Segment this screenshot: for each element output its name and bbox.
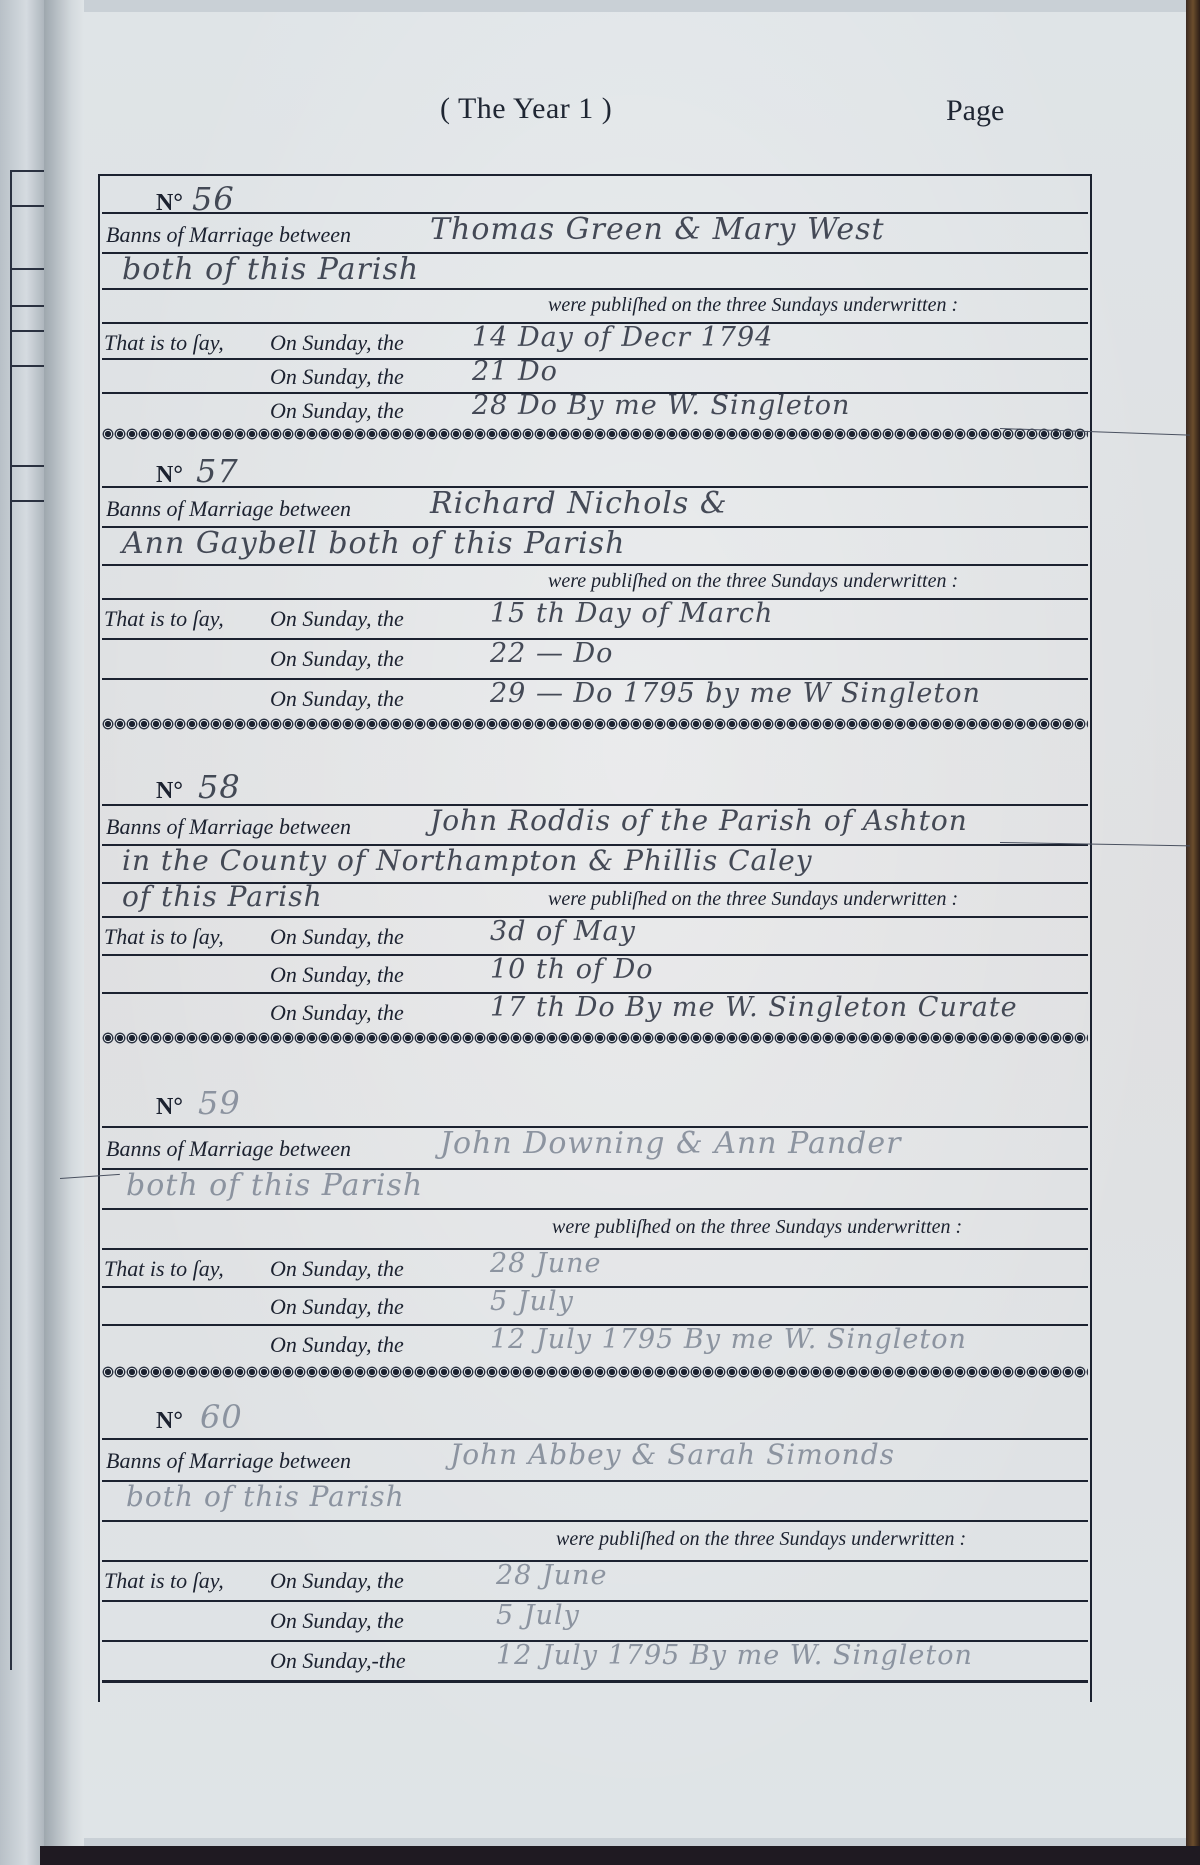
rule — [102, 564, 1088, 566]
sunday-label-2: On Sunday, the — [270, 1294, 404, 1320]
sunday-date-3: 29 — Do 1795 by me W Singleton — [490, 678, 981, 709]
sunday-label-3: On Sunday, the — [270, 1332, 404, 1358]
running-head-year: ( The Year 1 ) — [440, 92, 612, 126]
sunday-date-2: 5 July — [496, 1600, 580, 1631]
rule — [102, 1600, 1088, 1602]
facing-page-rule — [10, 205, 44, 207]
sunday-label-3: On Sunday, the — [270, 1000, 404, 1026]
register-bottom-rule — [102, 1680, 1088, 1683]
sunday-label-3: On Sunday, the — [270, 686, 404, 712]
sunday-label-2: On Sunday, the — [270, 364, 404, 390]
rosette-divider — [102, 718, 1088, 730]
sunday-date-3: 17 th Do By me W. Singleton Curate — [490, 992, 1018, 1023]
sunday-label-2: On Sunday, the — [270, 646, 404, 672]
sunday-date-3: 28 Do By me W. Singleton — [472, 390, 850, 421]
facing-page-edge — [0, 0, 45, 1865]
facing-page-rule — [10, 170, 44, 172]
facing-page-rule — [10, 365, 44, 367]
published-label: were publiſhed on the three Sundays unde… — [552, 1216, 962, 1239]
facing-page-rule — [10, 330, 44, 332]
book-edge-right — [1186, 0, 1200, 1865]
sunday-date-1: 28 June — [490, 1248, 602, 1279]
entry-number: 57 — [196, 452, 239, 490]
banns-label: Banns of Marriage between — [106, 1448, 351, 1474]
sunday-label-1: On Sunday, the — [270, 924, 404, 950]
entry-number-label: N° — [156, 778, 183, 805]
book-edge-bottom — [40, 1846, 1200, 1865]
parties-line-2: in the County of Northampton & Phillis C… — [122, 844, 813, 877]
facing-page-frame-line — [10, 170, 12, 1670]
parties-line-3: of this Parish — [122, 880, 323, 913]
parties-line-2: both of this Parish — [126, 1480, 405, 1513]
rule — [102, 288, 1088, 290]
sunday-date-3: 12 July 1795 By me W. Singleton — [490, 1324, 967, 1355]
rule — [102, 1520, 1088, 1522]
sunday-label-1: On Sunday, the — [270, 1568, 404, 1594]
sunday-date-2: 5 July — [490, 1286, 574, 1317]
facing-page-rule — [10, 268, 44, 270]
parties-line-2: Ann Gaybell both of this Parish — [122, 526, 626, 561]
entry-number-label: N° — [156, 1408, 183, 1435]
that-is-label: That is to ſay, — [104, 330, 224, 356]
sunday-date-3: 12 July 1795 By me W. Singleton — [496, 1640, 973, 1671]
entry-number-label: N° — [156, 1094, 183, 1121]
sunday-date-1: 14 Day of Decr 1794 — [472, 322, 773, 353]
sunday-date-1: 3d of May — [490, 916, 636, 947]
rule — [102, 358, 1088, 360]
that-is-label: That is to ſay, — [104, 924, 224, 950]
sunday-label-1: On Sunday, the — [270, 330, 404, 356]
published-label: were publiſhed on the three Sundays unde… — [556, 1528, 966, 1551]
rule — [102, 1208, 1088, 1210]
rosette-divider — [102, 1366, 1088, 1378]
rosette-divider — [102, 1032, 1088, 1044]
sunday-date-2: 21 Do — [472, 356, 558, 387]
facing-page-rule — [10, 305, 44, 307]
banns-label: Banns of Marriage between — [106, 1136, 351, 1162]
entry-number: 58 — [198, 768, 241, 806]
published-label: were publiſhed on the three Sundays unde… — [548, 888, 958, 911]
sunday-label-2: On Sunday, the — [270, 1608, 404, 1634]
parties-line-1: John Roddis of the Parish of Ashton — [430, 804, 968, 837]
parties-line-2: both of this Parish — [126, 1168, 423, 1203]
book-gutter — [44, 0, 84, 1865]
facing-page-rule — [10, 500, 44, 502]
parties-line-2: both of this Parish — [122, 252, 419, 287]
sunday-label-1: On Sunday, the — [270, 606, 404, 632]
sunday-label-3: On Sunday, the — [270, 398, 404, 424]
entry-number: 60 — [200, 1398, 243, 1436]
sunday-label-3: On Sunday,-the — [270, 1648, 406, 1674]
entry-number: 59 — [198, 1084, 241, 1122]
banns-label: Banns of Marriage between — [106, 814, 351, 840]
published-label: were publiſhed on the three Sundays unde… — [548, 570, 958, 593]
parties-line-1: John Abbey & Sarah Simonds — [450, 1438, 895, 1471]
sunday-date-1: 28 June — [496, 1560, 608, 1591]
entry-number-label: N° — [156, 462, 183, 489]
banns-label: Banns of Marriage between — [106, 222, 351, 248]
sunday-label-2: On Sunday, the — [270, 962, 404, 988]
parties-line-1: Richard Nichols & — [430, 486, 728, 521]
parties-line-1: Thomas Green & Mary West — [430, 212, 885, 247]
sunday-date-1: 15 th Day of March — [490, 598, 773, 629]
banns-label: Banns of Marriage between — [106, 496, 351, 522]
published-label: were publiſhed on the three Sundays unde… — [548, 294, 958, 317]
page-number-label: Page — [946, 94, 1004, 128]
that-is-label: That is to ſay, — [104, 1568, 224, 1594]
that-is-label: That is to ſay, — [104, 606, 224, 632]
sunday-date-2: 22 — Do — [490, 638, 613, 669]
facing-page-rule — [10, 465, 44, 467]
sunday-label-1: On Sunday, the — [270, 1256, 404, 1282]
banns-register: N° 56 Banns of Marriage between Thomas G… — [98, 174, 1092, 1702]
sunday-date-2: 10 th of Do — [490, 954, 654, 985]
that-is-label: That is to ſay, — [104, 1256, 224, 1282]
parties-line-1: John Downing & Ann Pander — [440, 1126, 901, 1161]
rule — [102, 1286, 1088, 1288]
rosette-divider — [102, 428, 1088, 440]
